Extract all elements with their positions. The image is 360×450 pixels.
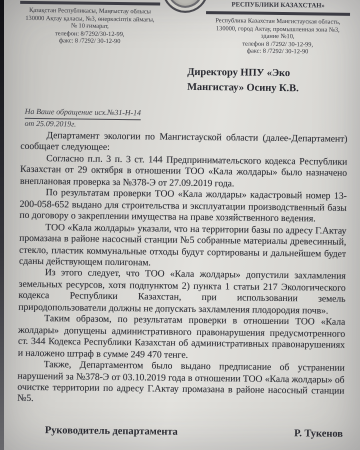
body-paragraph: По результатам проверки ТОО «Кала жолдар… — [19, 187, 346, 225]
scanned-letter: Қазақстан Республикасы, Маңғыстау облысы… — [0, 0, 360, 450]
letterhead-line: факс: 8 /7292/ 30-12-90 — [206, 47, 350, 56]
reference-line: от 25.09.2019г. — [25, 118, 205, 130]
letter-page: Қазақстан Республикасы, Маңғыстау облысы… — [0, 0, 360, 450]
state-emblem-icon — [162, 0, 209, 13]
reference-line: На Ваше обращение исх.№31-Н-14 — [25, 107, 141, 120]
addressee-block: Директору НПУ «Эко Мангистау» Осину К.В. — [187, 66, 349, 97]
photo-edge — [0, 0, 4, 450]
reference-note: На Ваше обращение исх.№31-Н-14 от 25.09.… — [25, 107, 205, 131]
body-paragraph: ТОО «Кала жолдары» указали, что на терри… — [19, 221, 347, 271]
addressee-line: Мангистау» Осину К.В. — [187, 80, 349, 96]
signature-row: Руководитель департамента Р. Тукенов — [45, 425, 343, 440]
letterhead-line: факс: 8 /7292/ 30-12-90 — [20, 37, 160, 46]
signature-title: Руководитель департамента — [45, 425, 178, 438]
body-paragraph: Согласно п.п. 3 п. 3 ст. 144 Предпринима… — [20, 153, 347, 191]
signature-name: Р. Тукенов — [294, 428, 343, 440]
letter-body: Департамент экологии по Мангистауской об… — [17, 130, 347, 409]
letterhead-rule — [206, 11, 350, 16]
letterhead-kazakh: Қазақстан Республикасы, Маңғыстау облысы… — [20, 1, 161, 47]
body-paragraph: Таким образом, по результатам проверки в… — [18, 313, 346, 363]
letterhead-russian: МИНИСТЕРСТВА ЭНЕРГЕТИКИ РЕСПУБЛИКИ КАЗАХ… — [206, 0, 351, 57]
body-paragraph: Из этого следует, что ТОО «Кала жолдары»… — [18, 267, 346, 317]
body-paragraph: Также, Департаментом было выдано предпис… — [17, 359, 345, 409]
organization-name: РЕСПУБЛИКИ КАЗАХСТАН» — [206, 1, 350, 11]
addressee-line: Директору НПУ «Эко — [187, 66, 349, 82]
